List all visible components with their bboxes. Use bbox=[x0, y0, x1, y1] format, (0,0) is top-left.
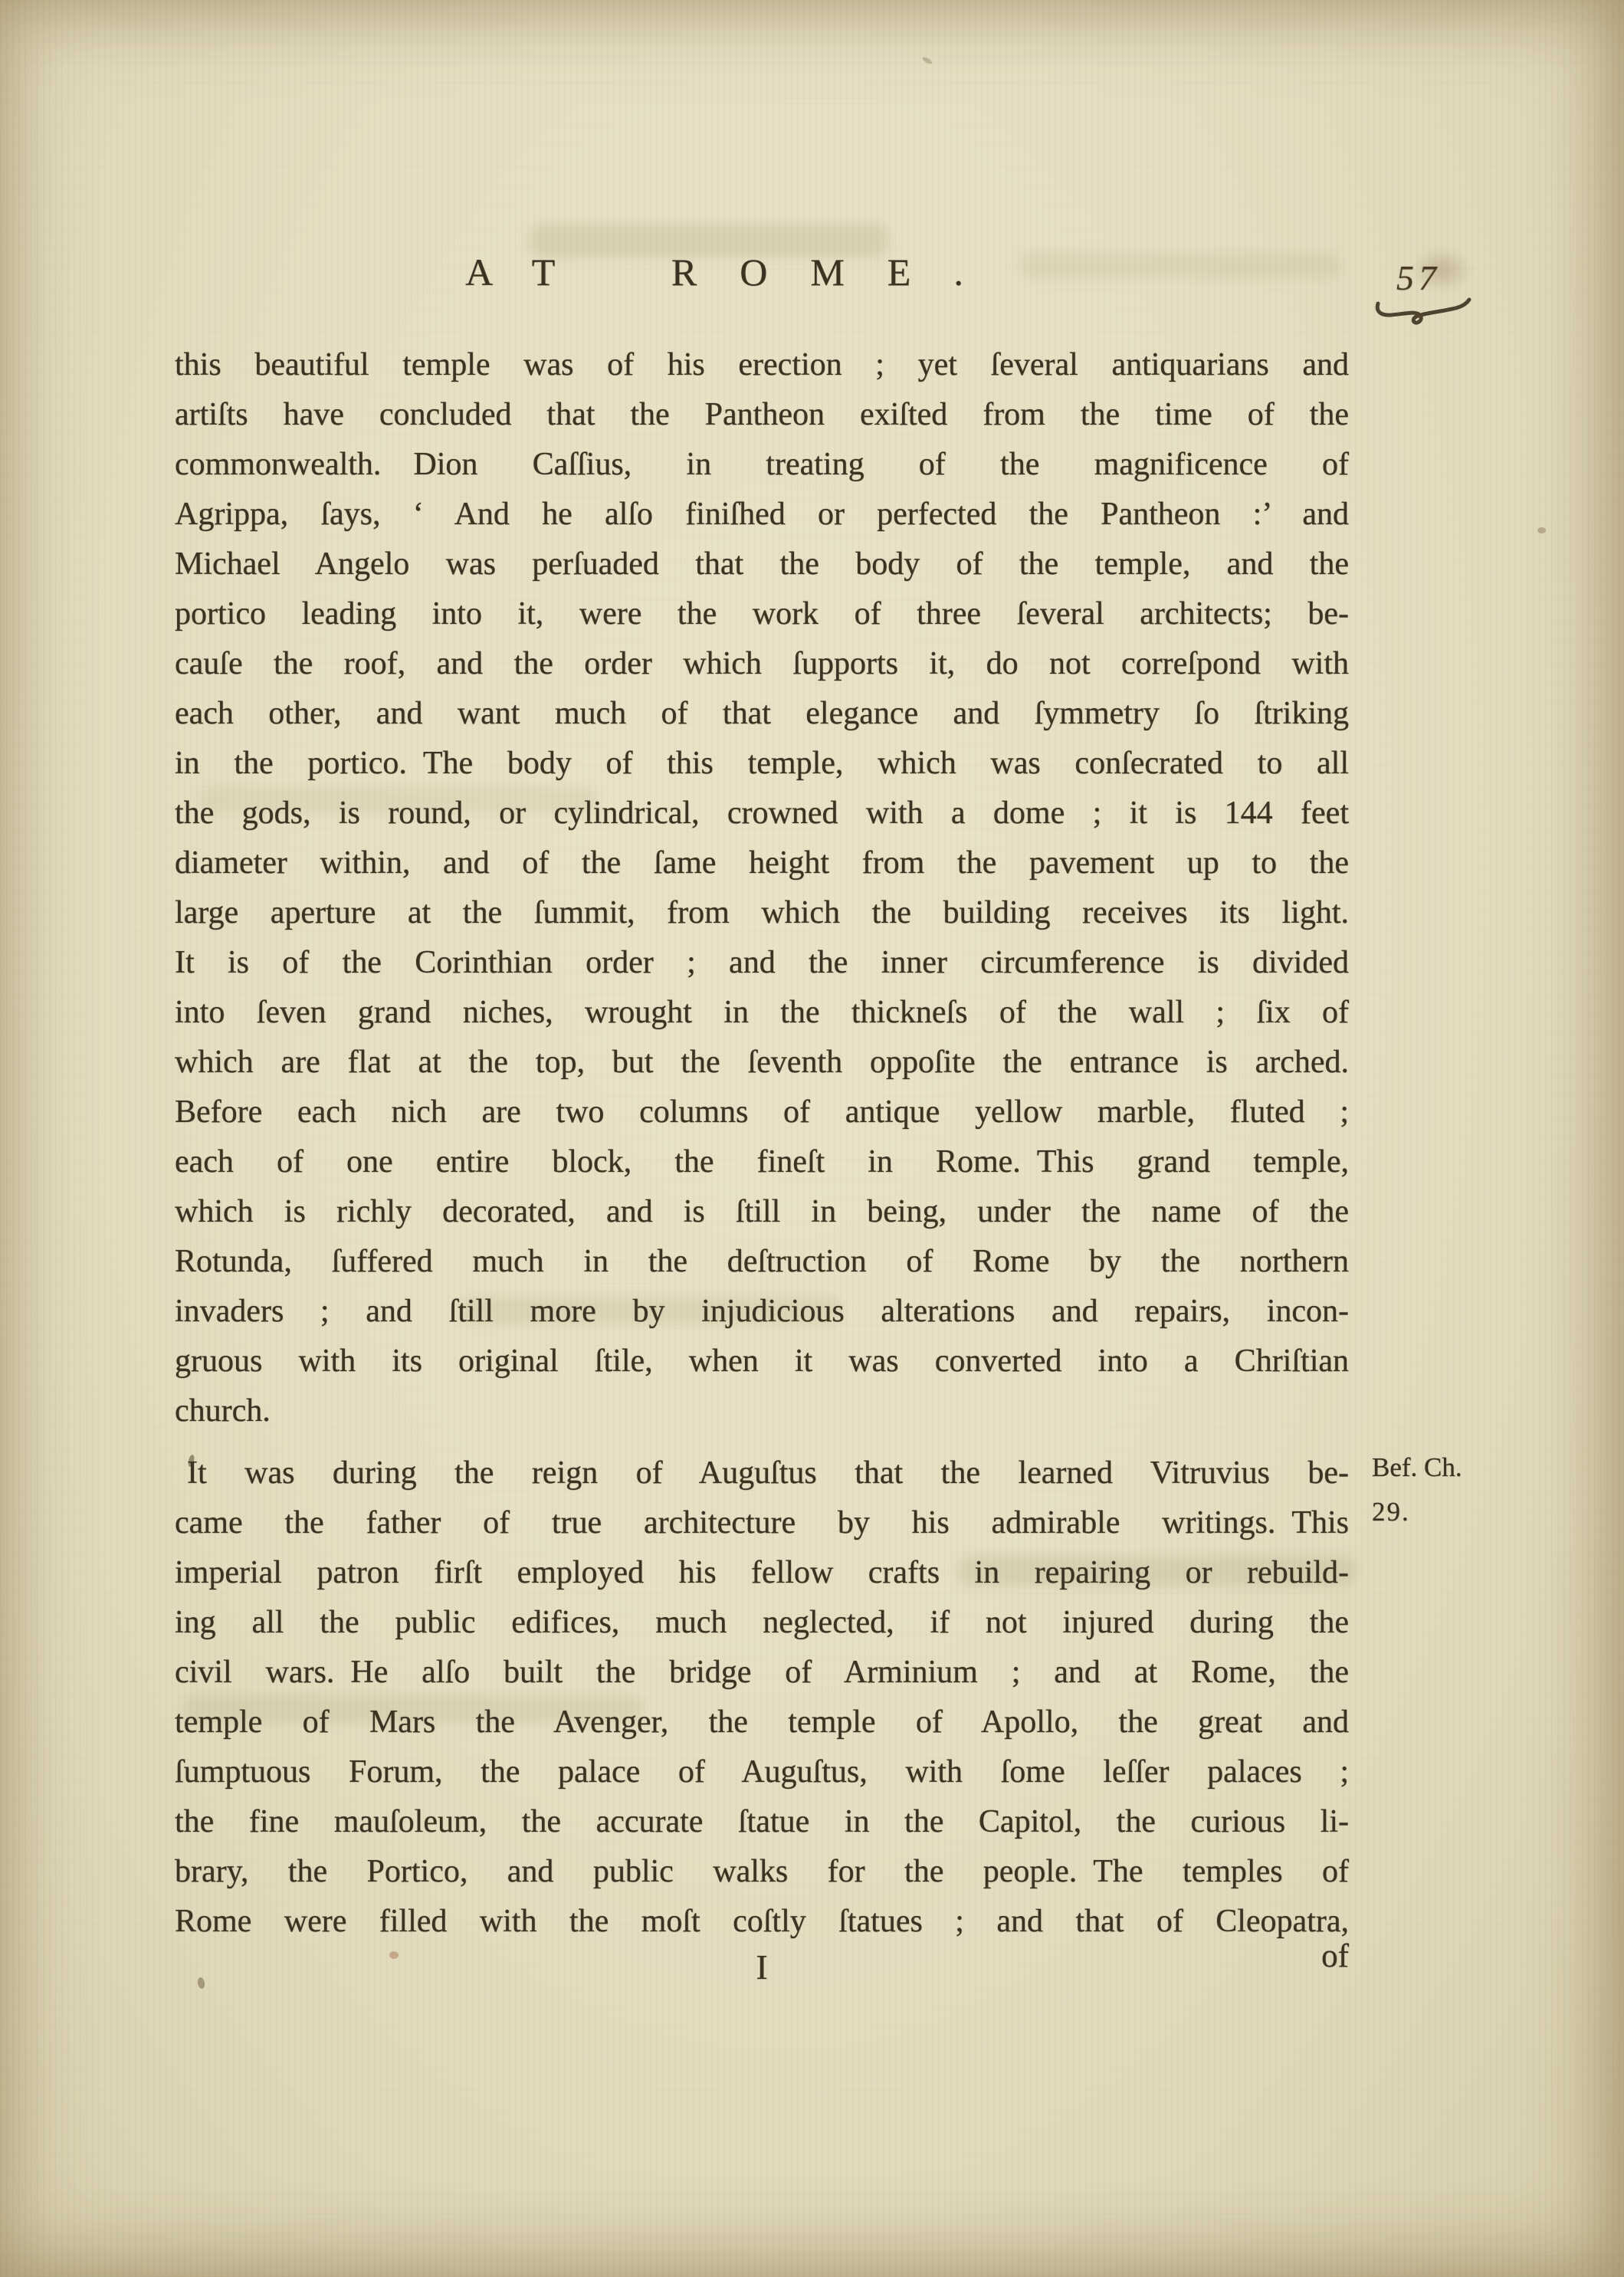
text-line: which is richly decorated, and is ſtill … bbox=[175, 1187, 1349, 1237]
text-line: It was during the reign of Auguſtus that… bbox=[175, 1449, 1349, 1498]
text-line: civil wars. He alſo built the bridge of … bbox=[175, 1648, 1349, 1698]
text-block: this beautiful temple was of his erectio… bbox=[175, 340, 1349, 1947]
text-line: the fine mauſoleum, the accurate ſtatue … bbox=[175, 1797, 1349, 1847]
text-line: Rotunda, ſuffered much in the deſtructio… bbox=[175, 1237, 1349, 1287]
text-line: ſumptuous Forum, the palace of Auguſtus,… bbox=[175, 1747, 1349, 1797]
text-line: It is of the Corinthian order ; and the … bbox=[175, 938, 1349, 988]
text-line: this beautiful temple was of his erectio… bbox=[175, 340, 1349, 390]
text-line: brary, the Portico, and public walks for… bbox=[175, 1847, 1349, 1897]
text-line: gruous with its original ſtile, when it … bbox=[175, 1337, 1349, 1386]
running-title: AT ROME. bbox=[149, 250, 1322, 294]
margin-note-line: Bef. Ch. bbox=[1372, 1451, 1602, 1485]
text-line: the gods, is round, or cylindrical, crow… bbox=[175, 789, 1349, 838]
text-line: imperial patron firſt employed his fello… bbox=[175, 1548, 1349, 1598]
text-line: church. bbox=[175, 1386, 1349, 1436]
text-line: Before each nich are two columns of anti… bbox=[175, 1088, 1349, 1137]
catchword: of bbox=[1127, 1937, 1349, 1975]
paragraph-1: this beautiful temple was of his erectio… bbox=[175, 340, 1349, 1436]
text-line: each of one entire block, the fineſt in … bbox=[175, 1137, 1349, 1187]
text-line: invaders ; and ſtill more by injudicious… bbox=[175, 1287, 1349, 1337]
text-line: each other, and want much of that elegan… bbox=[175, 689, 1349, 739]
text-line: came the father of true architecture by … bbox=[175, 1498, 1349, 1548]
margin-note: Bef. Ch. 29. bbox=[1372, 1451, 1602, 1529]
book-page: AT ROME. 57 this beautiful temple was of… bbox=[0, 0, 1624, 2277]
text-line: portico leading into it, were the work o… bbox=[175, 589, 1349, 639]
text-line: ing all the public edifices, much neglec… bbox=[175, 1598, 1349, 1648]
text-line: Agrippa, ſays, ‘ And he alſo finiſhed or… bbox=[175, 490, 1349, 540]
ink-speck bbox=[921, 56, 933, 65]
page-number-flourish-icon bbox=[1374, 297, 1474, 330]
margin-note-line: 29. bbox=[1372, 1495, 1602, 1529]
paragraph-2: It was during the reign of Auguſtus that… bbox=[175, 1449, 1349, 1947]
text-line: in the portico. The body of this temple,… bbox=[175, 739, 1349, 789]
ink-speck bbox=[1537, 527, 1546, 533]
page-number: 57 bbox=[1396, 258, 1441, 298]
text-line: into ſeven grand niches, wrought in the … bbox=[175, 988, 1349, 1038]
text-line: which are flat at the top, but the ſeven… bbox=[175, 1038, 1349, 1088]
text-line: artiſts have concluded that the Pantheon… bbox=[175, 390, 1349, 440]
text-line: large aperture at the ſummit, from which… bbox=[175, 888, 1349, 938]
text-line: cauſe the roof, and the order which ſupp… bbox=[175, 639, 1349, 689]
text-line: commonwealth. Dion Caſſius, in treating … bbox=[175, 440, 1349, 490]
text-line: diameter within, and of the ſame height … bbox=[175, 838, 1349, 888]
text-line: temple of Mars the Avenger, the temple o… bbox=[175, 1698, 1349, 1747]
text-line: Michael Angelo was perſuaded that the bo… bbox=[175, 540, 1349, 589]
